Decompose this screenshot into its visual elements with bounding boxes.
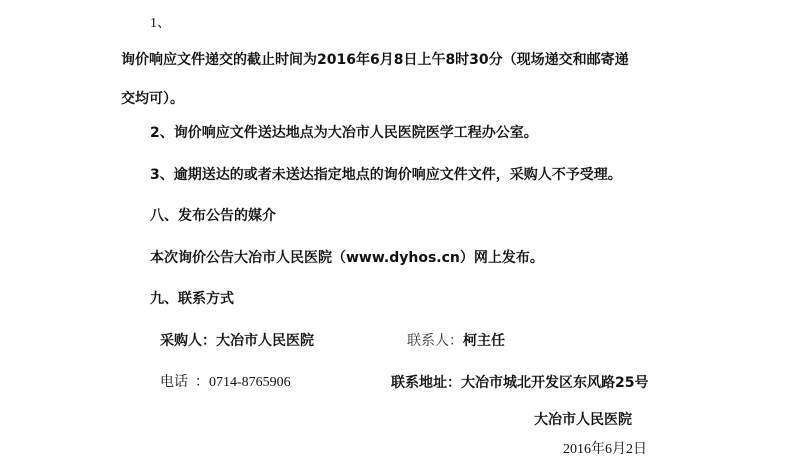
address-field: 联系地址：大冶市城北开发区东风路25号	[391, 374, 648, 392]
item3-text: 3、逾期送达的或者未送达指定地点的询价响应文件文件，采购人不予受理。	[150, 166, 622, 184]
purchaser-label: 采购人：	[160, 333, 216, 349]
item2-text: 2、询价响应文件送达地点为大冶市人民医院医学工程办公室。	[150, 124, 538, 142]
signature-organization: 大冶市人民医院	[534, 411, 632, 429]
address-value: 大冶市城北开发区东风路25号	[461, 375, 648, 391]
purchaser-field: 采购人：大冶市人民医院	[160, 332, 314, 350]
phone-value: 0714-8765906	[209, 375, 291, 390]
contact-person-value: 柯主任	[463, 333, 505, 349]
signature-date: 2016年6月2日	[563, 441, 647, 459]
contact-person-field: 联系人：柯主任	[407, 332, 505, 350]
purchaser-value: 大冶市人民医院	[216, 333, 314, 349]
item1-text-line2: 交均可）。	[121, 90, 184, 108]
phone-label: 电话 ：	[160, 375, 209, 390]
address-label: 联系地址：	[391, 375, 461, 391]
item1-number: 1、	[150, 15, 171, 33]
section8-heading: 八、发布公告的媒介	[150, 207, 276, 225]
item1-text-line1: 询价响应文件递交的截止时间为2016年6月8日上午8时30分（现场递交和邮寄递	[121, 51, 629, 69]
contact-person-label: 联系人：	[407, 333, 463, 349]
phone-field: 电话 ：0714-8765906	[160, 374, 291, 392]
section8-body: 本次询价公告大冶市人民医院（www.dyhos.cn）网上发布。	[150, 249, 544, 267]
section9-heading: 九、联系方式	[150, 290, 234, 308]
